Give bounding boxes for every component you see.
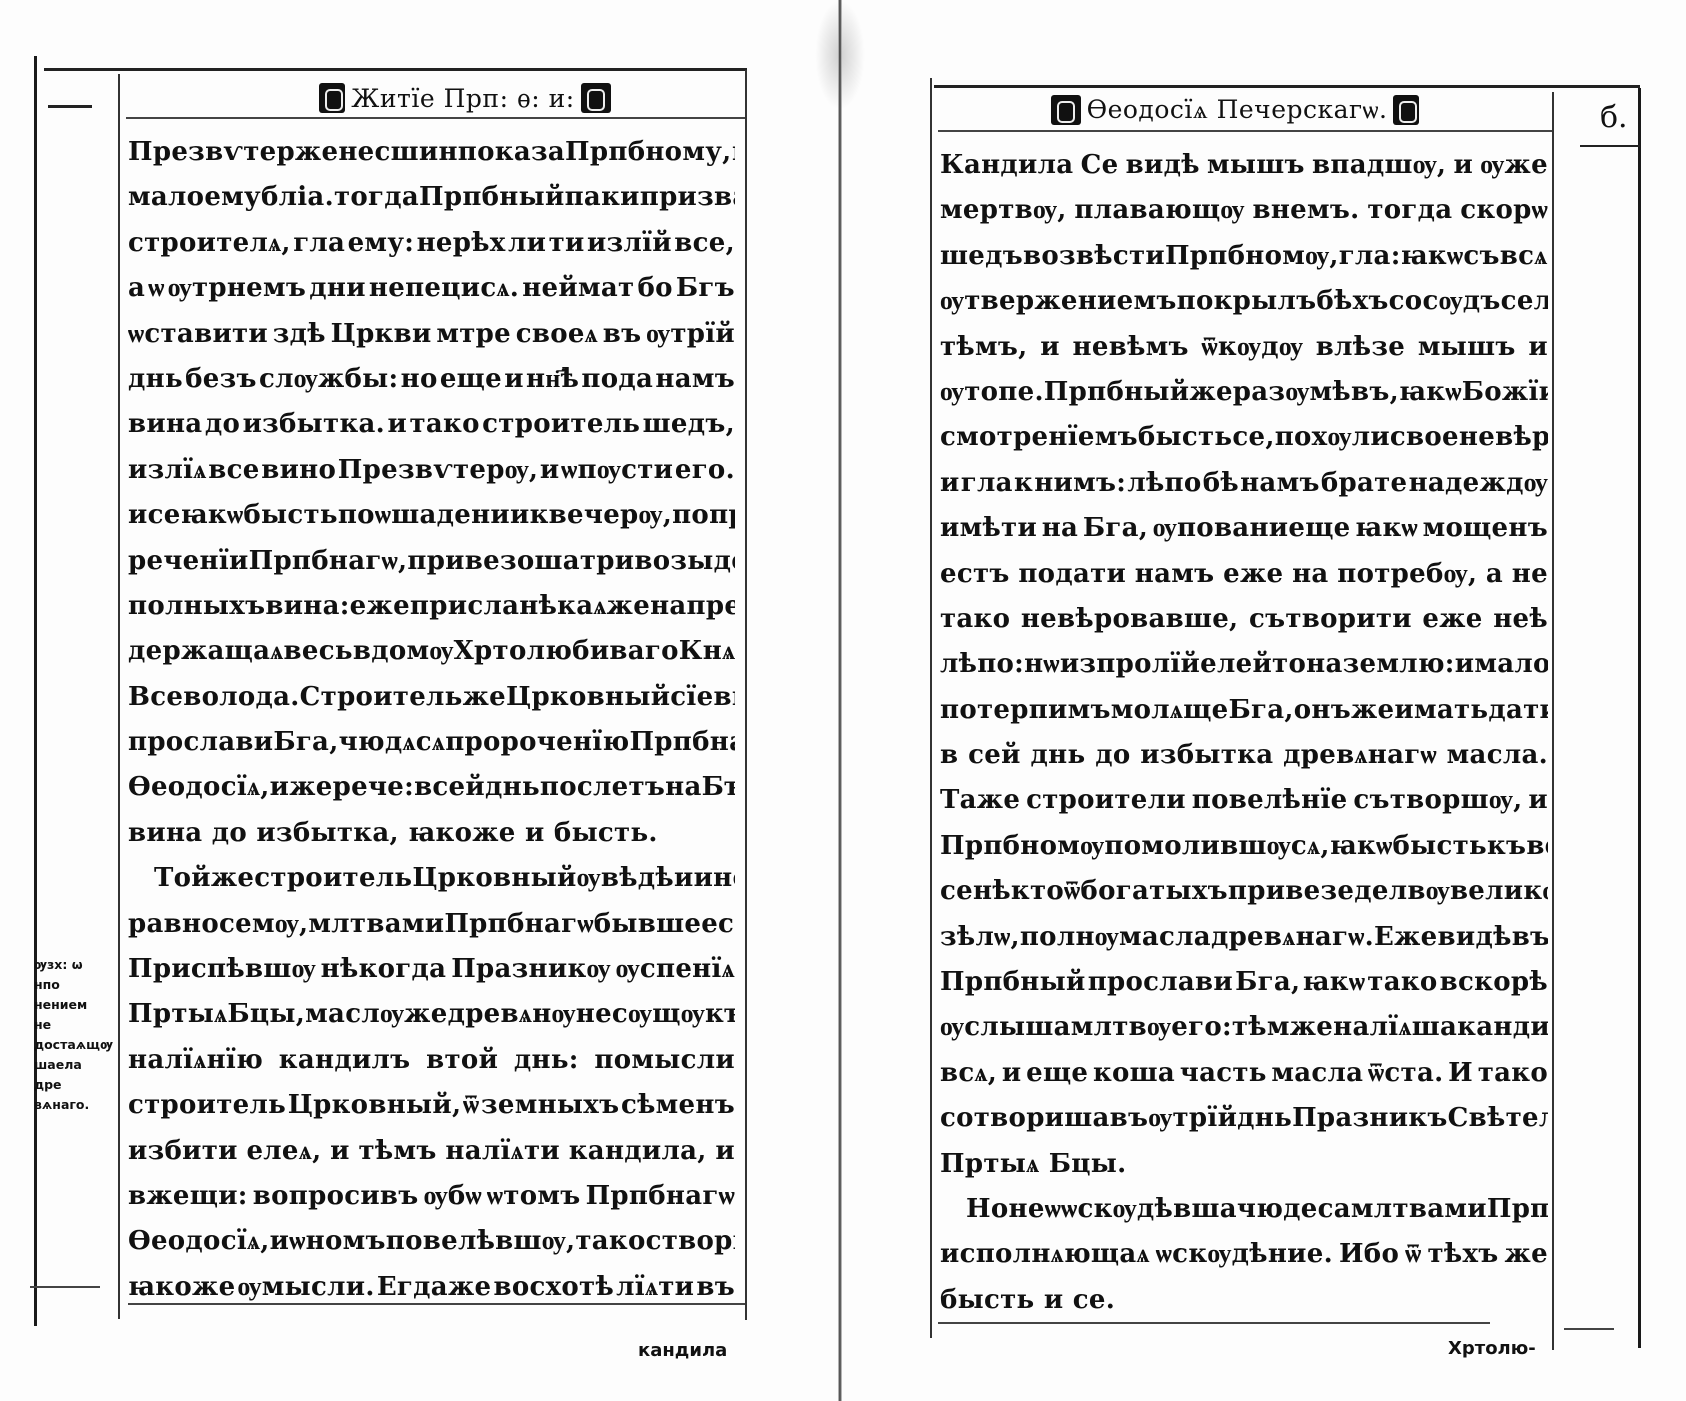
text-line: сенѣктоѿбогатыхъпривезеделвѹвеликѹ — [940, 869, 1548, 914]
text-line: лѣпо:нѡизпролїйелейтоназемлю:имало — [940, 642, 1548, 687]
text-line: ꙗкожеѹмысли.Егдажевосхотѣлїѧтивъ — [128, 1265, 735, 1310]
text-line: строительЦрковный,ѿземныхъсѣменъ — [128, 1083, 735, 1128]
marginal-note-line: нением не — [34, 995, 106, 1035]
text-line: Ѳеодосїѧ,иѡномъповелѣвшѹ,такоствори — [128, 1219, 735, 1264]
text-line: Пртыѧ Бцы. — [940, 1142, 1548, 1187]
left-header-title: Житїе Прп: ѳ: и: — [351, 84, 574, 113]
text-line: Тажестроителиповелѣнїесътворшѹ,и — [940, 778, 1548, 823]
text-line: строителѧ,глаему:нерѣхлитиизлїйвсе, — [128, 221, 735, 266]
marginal-note-line: достаѧщѹ — [34, 1035, 106, 1055]
text-line: ѹтвержениемъпокрылъбѣхъсосѹдъселеемъ — [940, 279, 1548, 324]
marginal-note-line: вѧнаго. — [34, 1095, 106, 1115]
right-margin-dash — [1580, 145, 1640, 147]
text-line: ПрпбныйпрославиБга,ꙗкѡтаковскорѣ — [940, 960, 1548, 1005]
text-line: вжещи:вопросивъѹбѡѡтомъПрпбнагѡ — [128, 1174, 735, 1219]
text-line: имѣтинаБга,ѹпованиещеꙗкѡмощенъ — [940, 506, 1548, 551]
marginal-note: ѹзх: ѡ нпо нением не достаѧщѹ шаела дре … — [34, 955, 106, 1115]
paragraph-start-line: НонеѡѡскѹдѣвшачюдесамлтвамиПрпбна — [940, 1187, 1548, 1232]
text-line: исеꙗкѡбыстьпоѡшаденииквечерѹ,попро- — [128, 493, 735, 538]
text-line: КандилаСевидѣмышъвпадшѹ,иѹже — [940, 143, 1548, 188]
left-running-header: Житїе Прп: ѳ: и: — [300, 76, 630, 120]
left-page-body: ПрезвѵтерженесшинпоказаПрпбному,ꙗкѡ мало… — [128, 130, 735, 1310]
right-catchword: Хртолю- — [1448, 1338, 1536, 1359]
text-line: малоемубліа.тогдаПрпбныйпакипризва — [128, 175, 735, 220]
text-line: прославиБга,чюдѧсѧпророченїюПрпбнагѡ — [128, 720, 735, 765]
text-line: Всеволода.СтроительжеЦрковныйсїевидѣ — [128, 675, 735, 720]
ornament-icon — [1393, 95, 1419, 125]
left-margin-bottom-rule — [30, 1286, 100, 1288]
text-line: ѹтопе.Прпбныйжеразѹмѣвъ,ꙗкѡБожїимъ — [940, 370, 1548, 415]
text-line: избитиелеѧ,итѣмъналїѧтикандила,и — [128, 1129, 735, 1174]
text-line: держащаѧвесьвдомѹХртолюбивагоКнѧ — [128, 629, 735, 674]
text-line: ПриспѣвшѹнѣкогдаПразникѹѹспенїѧ — [128, 947, 735, 992]
right-page-body: КандилаСевидѣмышъвпадшѹ,иѹже мертвѹ,плав… — [940, 143, 1548, 1323]
text-line: всейдньдоизбыткадревѧнагѡмасла. — [940, 733, 1548, 778]
text-line: налїѧнїюкандилъвтойднь:помысли — [128, 1038, 735, 1083]
text-line: зѣлѡ,полнѹмасладревѧнагѡ.Ежевидѣвъ — [940, 915, 1548, 960]
left-margin-dash — [48, 105, 92, 108]
text-line: дньбезъслѹжбы:ноещеинн҃ѣподанамъ — [128, 357, 735, 402]
text-line: смотренїемъбыстьсе,похѹлисвоеневѣрствїе — [940, 415, 1548, 460]
text-line: винадоизбытка.итакостроительшедъ, — [128, 402, 735, 447]
text-line: Прпбномѹпомолившѹсѧ,ꙗкѡбыстькъвечерѹ — [940, 824, 1548, 869]
text-line: мертвѹ,плавающѹвнемъ.тогдаскорѡ — [940, 188, 1548, 233]
text-line: сотворишавъѹтрїйдньПразникъСвѣтелъ — [940, 1096, 1548, 1141]
text-line: вина до избытка, ꙗкоже и бысть. — [128, 811, 735, 856]
left-catchword: кандила — [638, 1340, 727, 1361]
text-line: иглакнимъ:лѣпобѣнамъбратенадеждѹ — [940, 461, 1548, 506]
marginal-note-line: шаела дре — [34, 1055, 106, 1095]
ornament-icon — [581, 83, 611, 113]
center-fold — [838, 0, 842, 1401]
text-line: шедъвозвѣстиПрпбномѹ,гла:ꙗкѡсъвсѧкимъ — [940, 234, 1548, 279]
paragraph-start-line: ТойжестроительЦрковныйѹвѣдѣииночюдо — [128, 856, 735, 901]
folio-number: б. — [1600, 100, 1628, 135]
text-line: излїѧвсевиноПрезвѵтерѹ,иѡпѹстиего. — [128, 448, 735, 493]
text-line: реченїиПрпбнагѡ,привезошатривозыделвъ — [128, 539, 735, 584]
manuscript-scan: Житїе Прп: ѳ: и: Презвѵтерженесшинпоказа… — [0, 0, 1686, 1401]
right-running-header: Ѳеодосїѧ Печерскагѡ. — [1050, 88, 1420, 132]
left-page-outer-border — [34, 56, 37, 1326]
text-line: исполнѧющаѧѡскѹдѣние.Ибоѿтѣхъже — [940, 1232, 1548, 1277]
text-line: ѡставитиздѣЦрквимтресвоеѧвъѹтрїй — [128, 312, 735, 357]
right-page-margin-rule — [1552, 92, 1554, 1350]
marginal-note-line: ѹзх: ѡ нпо — [34, 955, 106, 995]
text-line: ПртыѧБцы,маслѹжедревѧнѹнесѹщѹкъ — [128, 992, 735, 1037]
left-page-right-border — [745, 70, 747, 1320]
text-line: бысть и се. — [940, 1278, 1548, 1323]
right-header-title: Ѳеодосїѧ Печерскагѡ. — [1087, 95, 1388, 125]
text-line: полныхъвина:ежеприсланѣкаѧженапре- — [128, 584, 735, 629]
ornament-icon — [1051, 95, 1081, 125]
text-line: естъподатинамъеженапотребѹ,ане — [940, 552, 1548, 597]
ornament-icon — [319, 83, 345, 113]
left-page-margin-rule — [118, 74, 120, 1319]
text-line: Ѳеодосїѧ,ижерече:всейдньпослетънаБъ — [128, 765, 735, 810]
right-page-outer-border — [1638, 88, 1641, 1348]
text-line: таконевѣровавше,сътворитиеженеѣ — [940, 597, 1548, 642]
text-line: всѧ,иещекошачастьмаслаѿста.Итако — [940, 1051, 1548, 1096]
text-line: потерпимъмолѧщеБга,онъжеиматьдатинамъ — [940, 688, 1548, 733]
text-line: ПрезвѵтерженесшинпоказаПрпбному,ꙗкѡ — [128, 130, 735, 175]
text-line: ѹслышамлтвѹего:тѣмженалїѧшакандила — [940, 1005, 1548, 1050]
right-page-left-border — [930, 78, 932, 1338]
text-line: тѣмъ,иневѣмъѿкѹдѹвлѣземышъи — [940, 325, 1548, 370]
text-line: аѡѹтрнемъднинепецисѧ.нейматбоБгъ — [128, 266, 735, 311]
left-page-top-rule — [44, 68, 747, 71]
text-line: равносемѹ,млтвамиПрпбнагѡбывшеесиц: — [128, 902, 735, 947]
right-margin-bottom-rule — [1564, 1328, 1614, 1330]
